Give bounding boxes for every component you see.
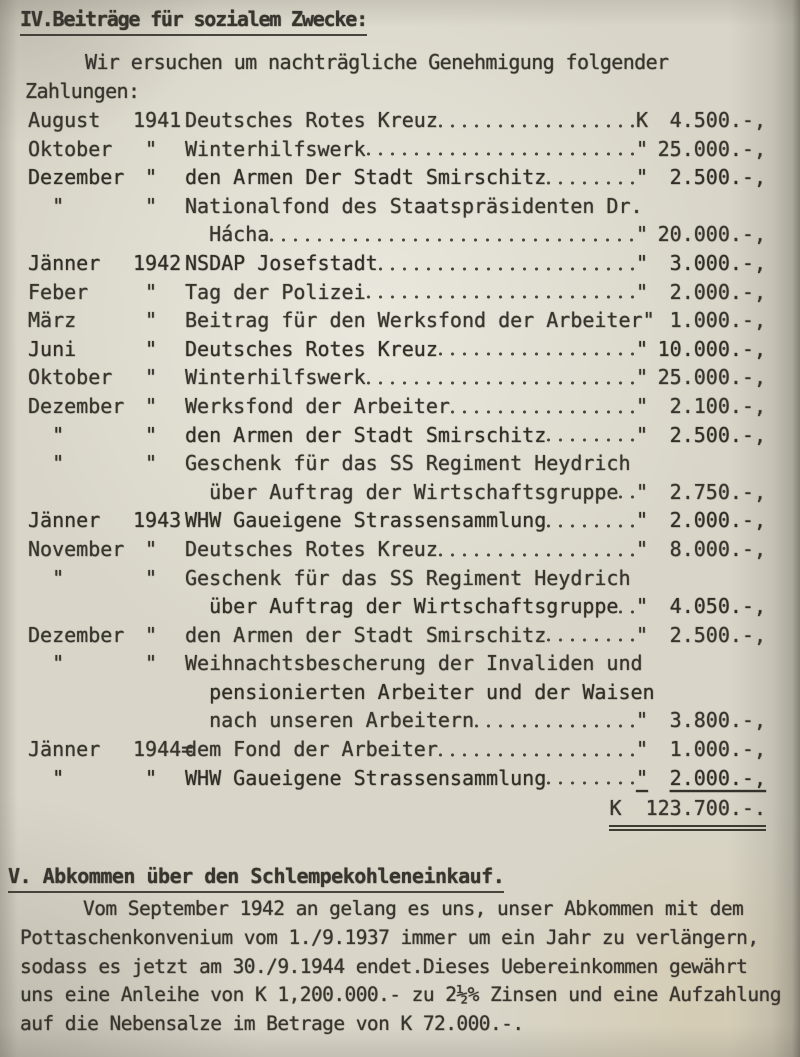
year-cell: "	[133, 649, 185, 678]
description-text: nach unseren Arbeitern	[185, 706, 474, 735]
section-iv-heading: IV.Beiträge für sozialem Zwecke:	[20, 7, 367, 36]
description-text: Deutsches Rotes Kreuz	[185, 535, 438, 564]
leader-dots	[450, 410, 636, 414]
amount-cell: 25.000.-,	[648, 363, 766, 392]
currency-mark: "	[636, 163, 648, 192]
table-row: Dezember " Werksfond der Arbeiter " 2.10…	[28, 392, 766, 421]
table-row: Jänner 1944= dem Fond der Arbeiter " 1.0…	[28, 735, 766, 764]
table-row: Feber " Tag der Polizei " 2.000.-,	[28, 278, 766, 307]
table-row: Jänner 1943 WHW Gaueigene Strassensammlu…	[28, 506, 766, 535]
description-cell: Tag der Polizei "	[185, 278, 648, 307]
month-cell: August	[28, 106, 133, 135]
year-cell	[133, 678, 185, 707]
leader-dots	[618, 610, 635, 614]
leader-dots	[366, 381, 636, 385]
description-cell: Deutsches Rotes Kreuz "	[185, 335, 648, 364]
month-cell	[28, 678, 133, 707]
payments-table: August 1941 Deutsches Rotes Kreuz K 4.50…	[28, 106, 766, 828]
table-row: " " Geschenk für das SS Regiment Heydric…	[28, 564, 766, 593]
month-cell: Feber	[28, 278, 133, 307]
description-text: Geschenk für das SS Regiment Heydrich	[185, 564, 631, 593]
description-text: Winterhilfswerk	[185, 363, 366, 392]
leader-dots	[546, 524, 636, 528]
amount-cell	[648, 678, 766, 707]
amount-cell: 2.500.-,	[648, 621, 766, 650]
table-row: über Auftrag der Wirtschaftsgruppe " 2.7…	[28, 478, 766, 507]
amount-cell: 8.000.-,	[648, 535, 766, 564]
month-cell: Jänner	[28, 506, 133, 535]
section-v-heading: V. Abkommen über den Schlempekohleneinka…	[8, 864, 504, 893]
amount-cell: 2.000.-,	[648, 764, 766, 793]
month-cell	[28, 220, 133, 249]
description-text: dem Fond der Arbeiter	[185, 735, 438, 764]
leader-dots	[618, 495, 635, 499]
currency-mark: "	[636, 363, 648, 392]
description-cell: Beitrag für den Werksfond der Arbeiter "	[185, 306, 648, 335]
year-cell: "	[133, 135, 185, 164]
year-cell: 1943	[133, 506, 185, 535]
year-cell: "	[133, 192, 185, 221]
month-cell: "	[28, 764, 133, 793]
year-cell: "	[133, 535, 185, 564]
leader-dots	[438, 124, 636, 128]
year-cell	[133, 478, 185, 507]
amount-cell	[648, 449, 766, 478]
description-text: pensionierten Arbeiter und der Waisen	[185, 678, 655, 707]
description-text: Beitrag für den Werksfond der Arbeiter	[185, 306, 643, 335]
description-cell: Deutsches Rotes Kreuz K	[185, 106, 648, 135]
description-text: Werksfond der Arbeiter	[185, 392, 450, 421]
table-row: Oktober " Winterhilfswerk " 25.000.-,	[28, 363, 766, 392]
section-v-paragraph: Vom September 1942 an gelang es uns, uns…	[20, 895, 795, 1039]
payments-table-rows: August 1941 Deutsches Rotes Kreuz K 4.50…	[28, 106, 766, 792]
leader-dots	[546, 638, 636, 642]
year-cell: "	[133, 392, 185, 421]
description-cell: den Armen der Stadt Smirschitz "	[185, 621, 648, 650]
scanned-document-page: IV.Beiträge für sozialem Zwecke: Wir ers…	[0, 0, 800, 1057]
description-cell: Geschenk für das SS Regiment Heydrich	[185, 564, 648, 593]
table-row: " " WHW Gaueigene Strassensammlung " 2.0…	[28, 764, 766, 793]
year-cell: "	[133, 335, 185, 364]
month-cell: März	[28, 306, 133, 335]
currency-mark: "	[636, 706, 648, 735]
currency-mark: "	[636, 535, 648, 564]
amount-cell	[648, 564, 766, 593]
amount-cell: 2.000.-,	[648, 506, 766, 535]
description-cell: NSDAP Josefstadt "	[185, 249, 648, 278]
currency-mark: "	[636, 220, 648, 249]
description-cell: den Armen der Stadt Smirschitz "	[185, 421, 648, 450]
description-text: über Auftrag der Wirtschaftsgruppe	[185, 478, 618, 507]
description-text: NSDAP Josefstadt	[185, 249, 378, 278]
total-row: K 123.700.-.	[28, 794, 766, 828]
description-cell: über Auftrag der Wirtschaftsgruppe "	[185, 592, 648, 621]
table-row: Oktober " Winterhilfswerk " 25.000.-,	[28, 135, 766, 164]
description-text: den Armen der Stadt Smirschitz	[185, 421, 546, 450]
month-cell: Oktober	[28, 135, 133, 164]
amount-cell: 2.500.-,	[648, 421, 766, 450]
leader-dots	[366, 152, 636, 156]
table-row: " " Geschenk für das SS Regiment Heydric…	[28, 449, 766, 478]
leader-dots	[438, 352, 636, 356]
amount-cell: 3.000.-,	[648, 249, 766, 278]
year-cell: 1942	[133, 249, 185, 278]
year-cell: "	[133, 449, 185, 478]
table-row: über Auftrag der Wirtschaftsgruppe " 4.0…	[28, 592, 766, 621]
description-text: WHW Gaueigene Strassensammlung	[185, 506, 546, 535]
amount-cell: 20.000.-,	[648, 220, 766, 249]
table-row: pensionierten Arbeiter und der Waisen	[28, 678, 766, 707]
currency-mark: "	[636, 621, 648, 650]
description-cell: den Armen Der Stadt Smirschitz "	[185, 163, 648, 192]
leader-dots	[269, 238, 636, 242]
currency-mark: "	[636, 592, 648, 621]
year-cell: "	[133, 163, 185, 192]
year-cell: "	[133, 306, 185, 335]
month-cell: November	[28, 535, 133, 564]
table-row: August 1941 Deutsches Rotes Kreuz K 4.50…	[28, 106, 766, 135]
leader-dots	[546, 181, 636, 185]
leader-dots	[438, 553, 636, 557]
description-text: Nationalfond des Staatspräsidenten Dr.	[185, 192, 643, 221]
month-cell: Dezember	[28, 163, 133, 192]
description-cell: Geschenk für das SS Regiment Heydrich	[185, 449, 648, 478]
year-cell: 1941	[133, 106, 185, 135]
year-cell: "	[133, 363, 185, 392]
year-cell	[133, 220, 185, 249]
amount-cell: 10.000.-,	[648, 335, 766, 364]
currency-mark: K	[636, 106, 648, 135]
description-text: den Armen der Stadt Smirschitz	[185, 621, 546, 650]
table-row: " " Weihnachtsbescherung der Invaliden u…	[28, 649, 766, 678]
description-cell: Nationalfond des Staatspräsidenten Dr.	[185, 192, 648, 221]
year-cell	[133, 706, 185, 735]
month-cell: "	[28, 449, 133, 478]
description-cell: Werksfond der Arbeiter "	[185, 392, 648, 421]
total-amount: K 123.700.-.	[609, 794, 766, 831]
month-cell: Dezember	[28, 621, 133, 650]
description-text: Geschenk für das SS Regiment Heydrich	[185, 449, 631, 478]
description-text: Tag der Polizei	[185, 278, 366, 307]
amount-cell: 4.050.-,	[648, 592, 766, 621]
description-cell: Weihnachtsbescherung der Invaliden und	[185, 649, 648, 678]
currency-mark: "	[636, 478, 648, 507]
month-cell: "	[28, 192, 133, 221]
year-cell: "	[133, 764, 185, 793]
leader-dots	[546, 781, 636, 785]
table-row: Hácha " 20.000.-,	[28, 220, 766, 249]
description-cell: Winterhilfswerk "	[185, 135, 648, 164]
year-cell: "	[133, 278, 185, 307]
currency-mark: "	[636, 135, 648, 164]
table-row: März " Beitrag für den Werksfond der Arb…	[28, 306, 766, 335]
year-cell: 1944=	[133, 735, 185, 764]
currency-mark: "	[636, 335, 648, 364]
month-cell: Oktober	[28, 363, 133, 392]
description-cell: pensionierten Arbeiter und der Waisen	[185, 678, 648, 707]
description-cell: WHW Gaueigene Strassensammlung "	[185, 764, 648, 793]
description-text: den Armen Der Stadt Smirschitz	[185, 163, 546, 192]
amount-cell: 2.750.-,	[648, 478, 766, 507]
month-cell: Jänner	[28, 249, 133, 278]
year-cell	[133, 592, 185, 621]
month-cell: Juni	[28, 335, 133, 364]
year-cell: "	[133, 564, 185, 593]
currency-mark: "	[636, 278, 648, 307]
amount-cell	[648, 649, 766, 678]
leader-dots	[474, 724, 636, 728]
month-cell: "	[28, 649, 133, 678]
amount-cell: 25.000.-,	[648, 135, 766, 164]
paragraph-line: Pottaschenkonvenium vom 1./9.1937 immer …	[20, 924, 795, 953]
amount-cell: 1.000.-,	[648, 306, 766, 335]
currency-mark: "	[636, 392, 648, 421]
amount-cell: 2.000.-,	[648, 278, 766, 307]
description-cell: Deutsches Rotes Kreuz "	[185, 535, 648, 564]
description-cell: dem Fond der Arbeiter "	[185, 735, 648, 764]
description-cell: über Auftrag der Wirtschaftsgruppe "	[185, 478, 648, 507]
paragraph-line: Vom September 1942 an gelang es uns, uns…	[20, 895, 795, 924]
description-text: Winterhilfswerk	[185, 135, 366, 164]
amount-cell	[648, 192, 766, 221]
amount-cell: 4.500.-,	[648, 106, 766, 135]
description-cell: Hácha "	[185, 220, 648, 249]
description-text: Weihnachtsbescherung der Invaliden und	[185, 649, 643, 678]
description-cell: WHW Gaueigene Strassensammlung "	[185, 506, 648, 535]
intro-line-2: Zahlungen:	[25, 79, 139, 103]
description-text: Deutsches Rotes Kreuz	[185, 335, 438, 364]
intro-line-1: Wir ersuchen um nachträgliche Genehmigun…	[85, 50, 669, 74]
description-cell: nach unseren Arbeitern "	[185, 706, 648, 735]
currency-mark: "	[636, 764, 648, 793]
year-cell: "	[133, 621, 185, 650]
leader-dots	[378, 267, 636, 271]
table-row: November " Deutsches Rotes Kreuz " 8.000…	[28, 535, 766, 564]
amount-cell: 3.800.-,	[648, 706, 766, 735]
amount-cell: 2.500.-,	[648, 163, 766, 192]
month-cell: Jänner	[28, 735, 133, 764]
leader-dots	[546, 438, 636, 442]
month-cell: Dezember	[28, 392, 133, 421]
description-text: Hácha	[185, 220, 269, 249]
table-row: Juni " Deutsches Rotes Kreuz " 10.000.-,	[28, 335, 766, 364]
currency-mark: "	[636, 249, 648, 278]
table-row: Jänner 1942 NSDAP Josefstadt " 3.000.-,	[28, 249, 766, 278]
month-cell	[28, 706, 133, 735]
description-text: Deutsches Rotes Kreuz	[185, 106, 438, 135]
currency-mark: "	[636, 735, 648, 764]
amount-cell: 2.100.-,	[648, 392, 766, 421]
description-cell: Winterhilfswerk "	[185, 363, 648, 392]
year-cell: "	[133, 421, 185, 450]
amount-cell: 1.000.-,	[648, 735, 766, 764]
table-row: nach unseren Arbeitern " 3.800.-,	[28, 706, 766, 735]
leader-dots	[438, 753, 636, 757]
table-row: Dezember " den Armen der Stadt Smirschit…	[28, 621, 766, 650]
paragraph-line: sodass es jetzt am 30./9.1944 endet.Dies…	[20, 953, 795, 982]
description-text: WHW Gaueigene Strassensammlung	[185, 764, 546, 793]
month-cell: "	[28, 564, 133, 593]
table-row: Dezember " den Armen Der Stadt Smirschit…	[28, 163, 766, 192]
currency-mark: "	[636, 506, 648, 535]
table-row: " " Nationalfond des Staatspräsidenten D…	[28, 192, 766, 221]
month-cell	[28, 478, 133, 507]
table-row: " " den Armen der Stadt Smirschitz " 2.5…	[28, 421, 766, 450]
paragraph-line: uns eine Anleihe von K 1,200.000.- zu 2½…	[20, 981, 795, 1010]
paragraph-line: auf die Nebensalze im Betrage von K 72.0…	[20, 1010, 795, 1039]
month-cell	[28, 592, 133, 621]
description-text: über Auftrag der Wirtschaftsgruppe	[185, 592, 618, 621]
currency-mark: "	[636, 421, 648, 450]
leader-dots	[366, 295, 636, 299]
month-cell: "	[28, 421, 133, 450]
